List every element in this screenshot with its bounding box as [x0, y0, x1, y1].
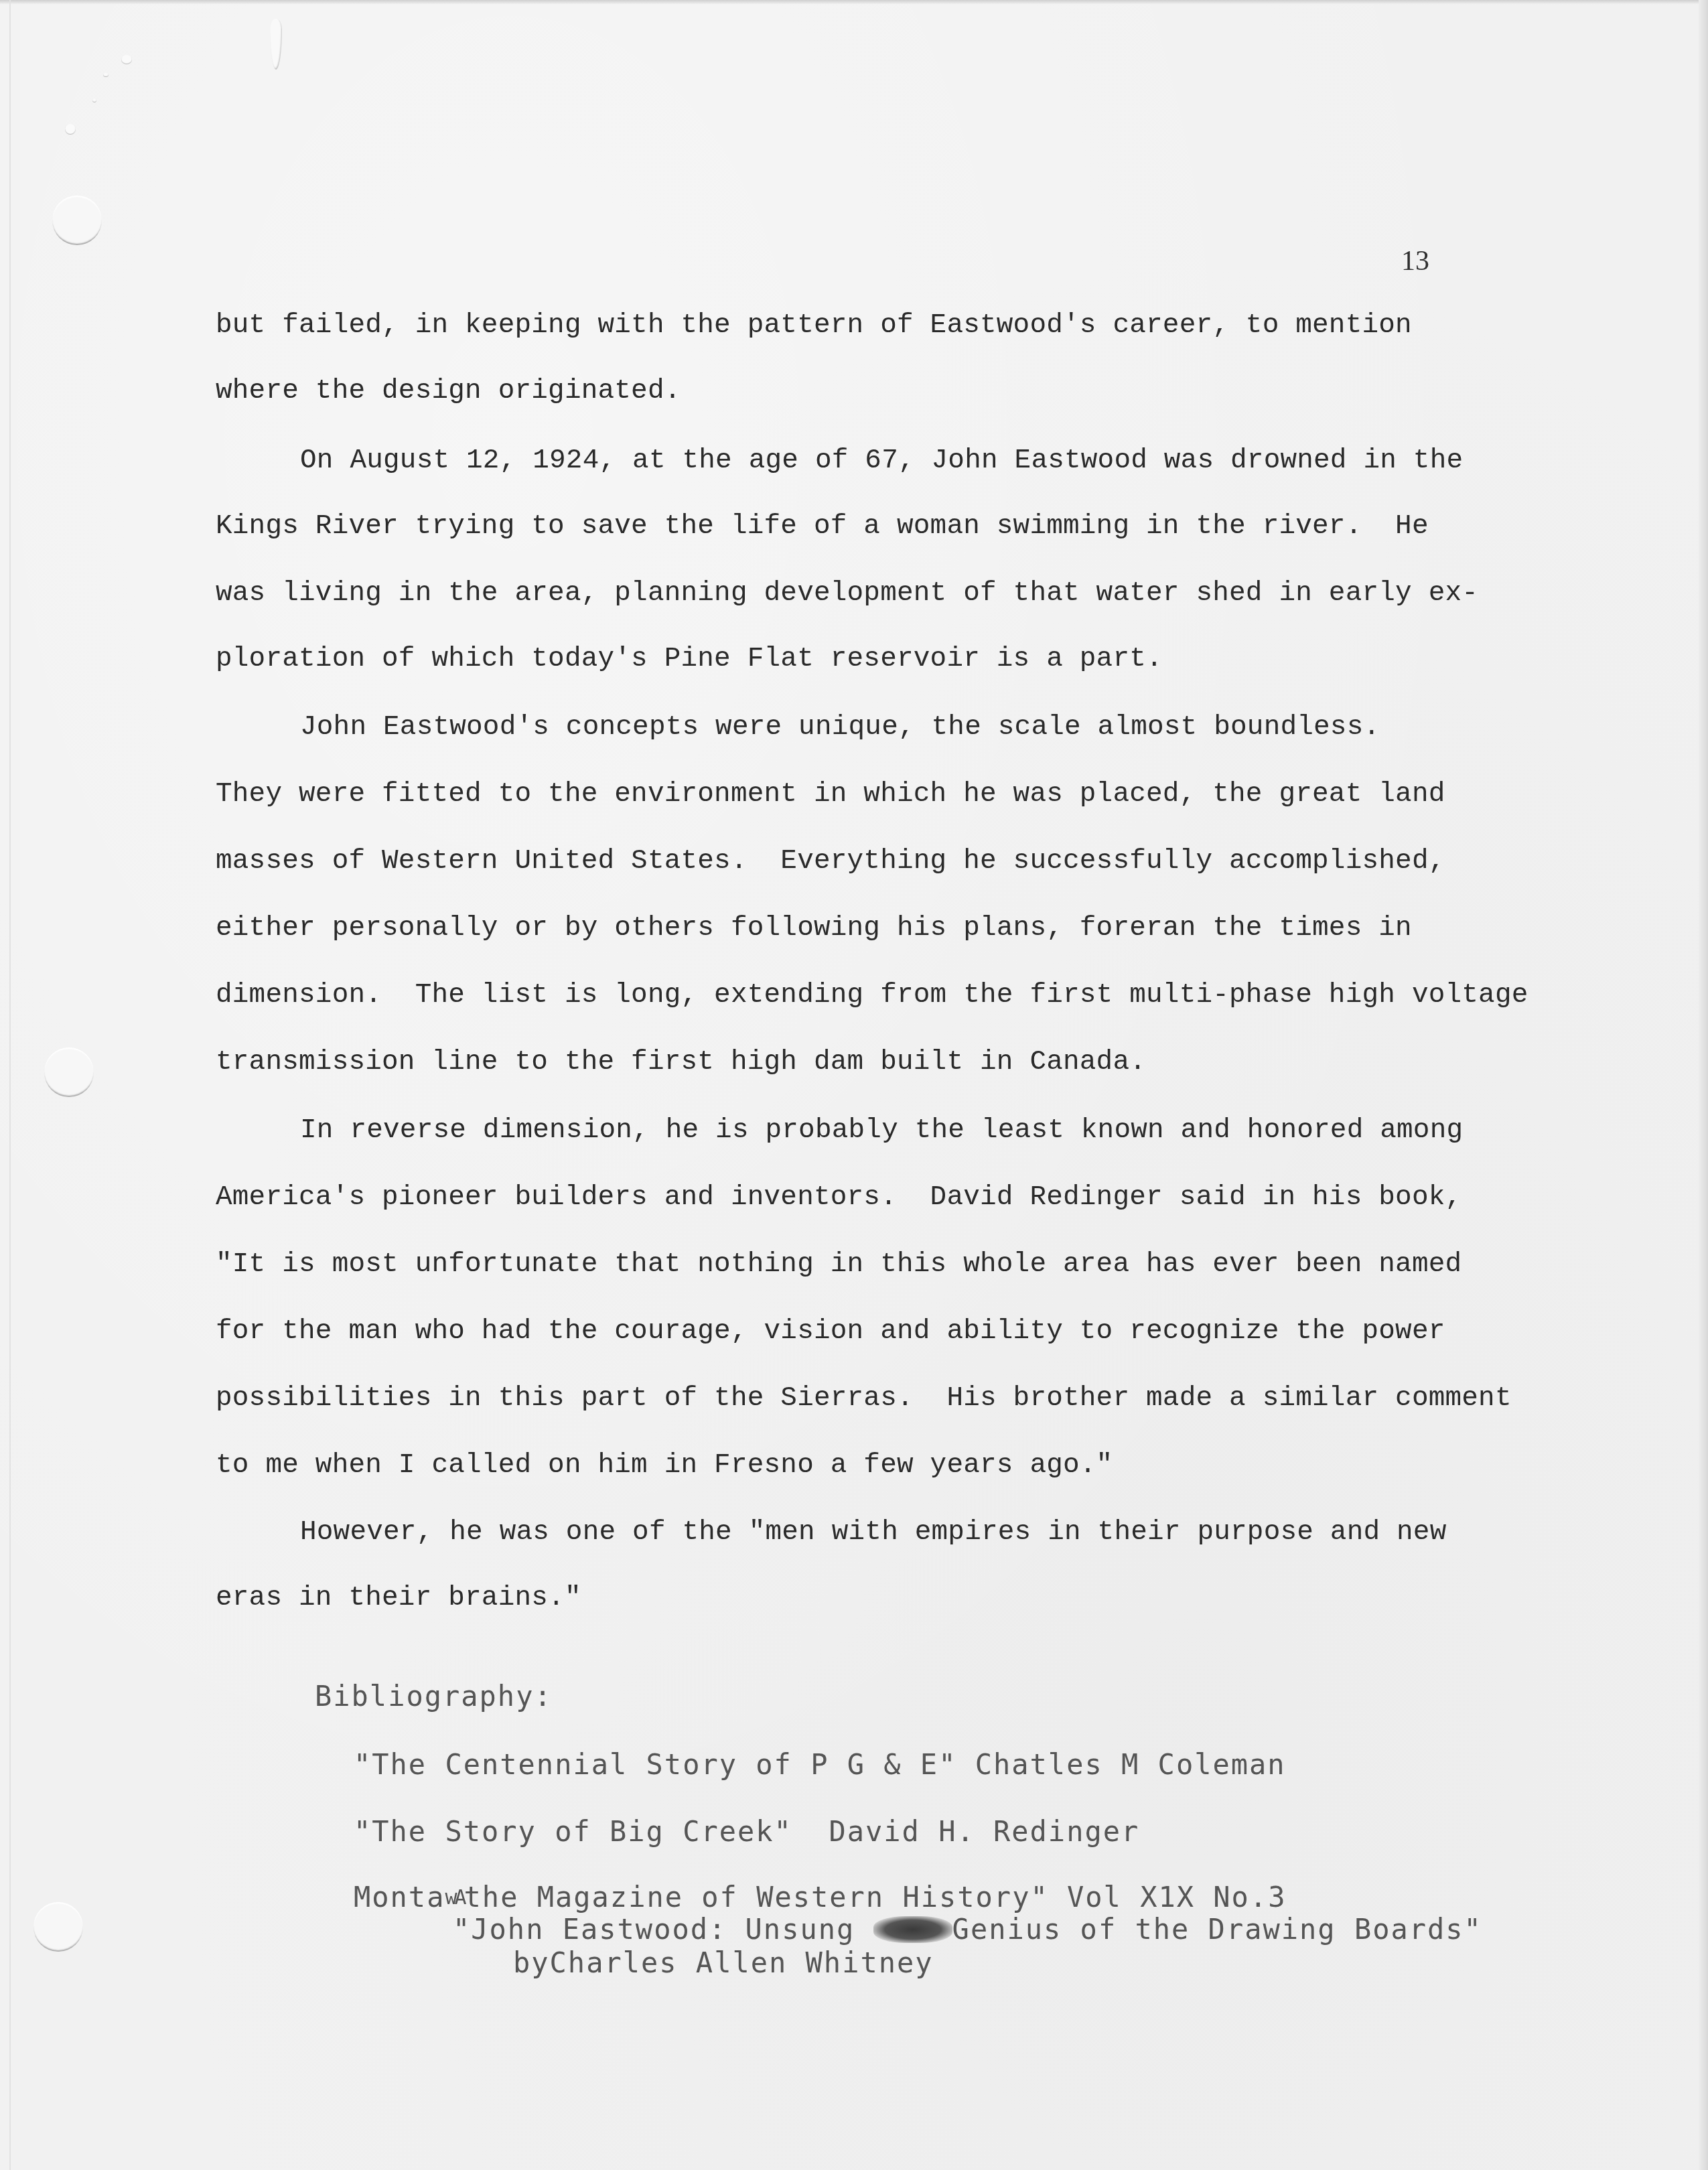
paragraph-line: eras in their brains."	[216, 1582, 581, 1614]
punch-hole-bottom	[33, 1902, 83, 1952]
paragraph-line: transmission line to the first high dam …	[216, 1046, 1146, 1078]
page-number: 13	[1401, 245, 1429, 277]
page-left-edge	[9, 0, 11, 2170]
page-top-edge	[0, 0, 1708, 4]
article-title-start: "John Eastwood: Unsung	[453, 1913, 873, 1946]
paragraph-line: was living in the area, planning develop…	[216, 577, 1478, 609]
ink-blot-correction	[873, 1916, 952, 1943]
paragraph-line: However, he was one of the "men with emp…	[300, 1516, 1446, 1548]
paragraph-line: where the design originated.	[216, 375, 681, 407]
paragraph-line: for the man who had the courage, vision …	[216, 1315, 1445, 1348]
paragraph-line: America's pioneer builders and inventors…	[216, 1181, 1462, 1214]
paragraph-line: Kings River trying to save the life of a…	[216, 510, 1429, 542]
bibliography-heading: Bibliography:	[315, 1680, 553, 1713]
bibliography-entry: "The Story of Big Creek" David H. Reding…	[354, 1815, 1139, 1849]
paragraph-line: possibilities in this part of the Sierra…	[216, 1382, 1512, 1415]
paragraph-line: ploration of which today's Pine Flat res…	[216, 643, 1163, 675]
article-title-end: Genius of the Drawing Boards"	[952, 1913, 1482, 1946]
bibliography-entry: "The Centennial Story of P G & E" Chatle…	[354, 1748, 1286, 1782]
punch-hole-top	[52, 196, 102, 245]
paper-crease-mark	[270, 19, 282, 70]
magazine-prefix: Monta	[354, 1881, 445, 1913]
bibliography-entry-magazine: MontawAthe Magazine of Western History" …	[354, 1881, 1286, 1915]
paragraph-line: dimension. The list is long, extending f…	[216, 979, 1528, 1011]
paper-speck	[121, 55, 132, 64]
page-right-edge-shadow	[1699, 0, 1708, 2170]
document-page: 13 but failed, in keeping with the patte…	[0, 0, 1708, 2170]
paragraph-line: "It is most unfortunate that nothing in …	[216, 1248, 1462, 1281]
paragraph-line: In reverse dimension, he is probably the…	[300, 1114, 1463, 1147]
magazine-title: the Magazine of Western History" Vol X1X…	[464, 1881, 1287, 1913]
bibliography-entry-author: byCharles Allen Whitney	[513, 1946, 934, 1980]
paragraph-line: On August 12, 1924, at the age of 67, Jo…	[300, 445, 1463, 477]
paper-speck	[92, 98, 96, 102]
paragraph-line: but failed, in keeping with the pattern …	[216, 309, 1412, 342]
typing-correction-overstrike: wA	[445, 1886, 464, 1909]
paragraph-line: to me when I called on him in Fresno a f…	[216, 1449, 1113, 1481]
bibliography-entry-article: "John Eastwood: Unsung Genius of the Dra…	[453, 1913, 1482, 1946]
paper-speck	[65, 124, 76, 135]
paragraph-line: masses of Western United States. Everyth…	[216, 845, 1445, 877]
paragraph-line: either personally or by others following…	[216, 912, 1412, 944]
punch-hole-middle	[44, 1047, 94, 1097]
paper-speck	[103, 73, 109, 77]
paragraph-line: They were fitted to the environment in w…	[216, 778, 1445, 810]
paragraph-line: John Eastwood's concepts were unique, th…	[300, 711, 1380, 743]
